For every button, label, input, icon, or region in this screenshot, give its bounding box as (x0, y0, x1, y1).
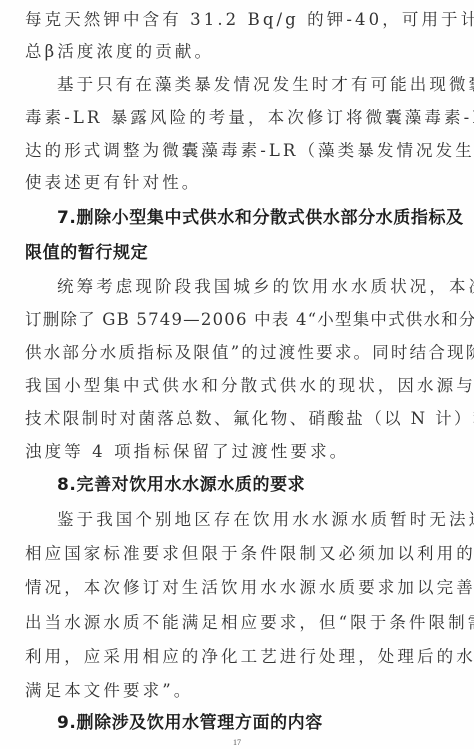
section-heading-8: 8.完善对饮用水水源水质的要求 (57, 474, 449, 496)
paragraph-line: 相应国家标准要求但限于条件限制又必须加以利用的实际 (25, 543, 449, 565)
paragraph-line: 使表述更有针对性。 (25, 172, 449, 194)
paragraph-line: 利用，应采用相应的净化工艺进行处理，处理后的水质应 (25, 646, 449, 668)
paragraph-line: 毒素-LR 暴露风险的考量，本次修订将微囊藻毒素-LR 表 (25, 107, 449, 129)
paragraph-line: 鉴于我国个别地区存在饮用水水源水质暂时无法达到 (57, 509, 449, 531)
page-number: 17 (0, 738, 474, 747)
paragraph-line: 统筹考虑现阶段我国城乡的饮用水水质状况，本次修 (57, 276, 449, 298)
paragraph-line: 订删除了 GB 5749—2006 中表 4“小型集中式供水和分散式 (25, 309, 449, 331)
paragraph-line: 出当水源水质不能满足相应要求，但“限于条件限制需加以 (25, 612, 449, 634)
paragraph-line: 供水部分水质指标及限值”的过渡性要求。同时结合现阶段 (25, 342, 449, 364)
document-page: 每克天然钾中含有 31.2 Bq/g 的钾-40，可用于计算钾-40 对 总β活… (0, 0, 474, 749)
paragraph-line: 满足本文件要求”。 (25, 680, 449, 702)
paragraph-line: 达的形式调整为微囊藻毒素-LR（藻类暴发情况发生时）， (25, 140, 449, 162)
section-heading-9: 9.删除涉及饮用水管理方面的内容 (57, 712, 449, 734)
paragraph-line: 浊度等 4 项指标保留了过渡性要求。 (25, 441, 449, 463)
paragraph-line: 技术限制时对菌落总数、氟化物、硝酸盐（以 N 计）和浑 (25, 408, 449, 430)
paragraph-line: 总β活度浓度的贡献。 (25, 41, 449, 63)
section-heading-7: 7.删除小型集中式供水和分散式供水部分水质指标及 (57, 207, 449, 229)
section-heading-7-cont: 限值的暂行规定 (25, 242, 449, 264)
paragraph-line: 我国小型集中式供水和分散式供水的现状，因水源与净水 (25, 375, 449, 397)
paragraph-line: 情况，本次修订对生活饮用水水源水质要求加以完善，提 (25, 577, 449, 599)
paragraph-line: 基于只有在藻类暴发情况发生时才有可能出现微囊藻 (57, 74, 449, 96)
paragraph-line: 每克天然钾中含有 31.2 Bq/g 的钾-40，可用于计算钾-40 对 (25, 9, 449, 31)
